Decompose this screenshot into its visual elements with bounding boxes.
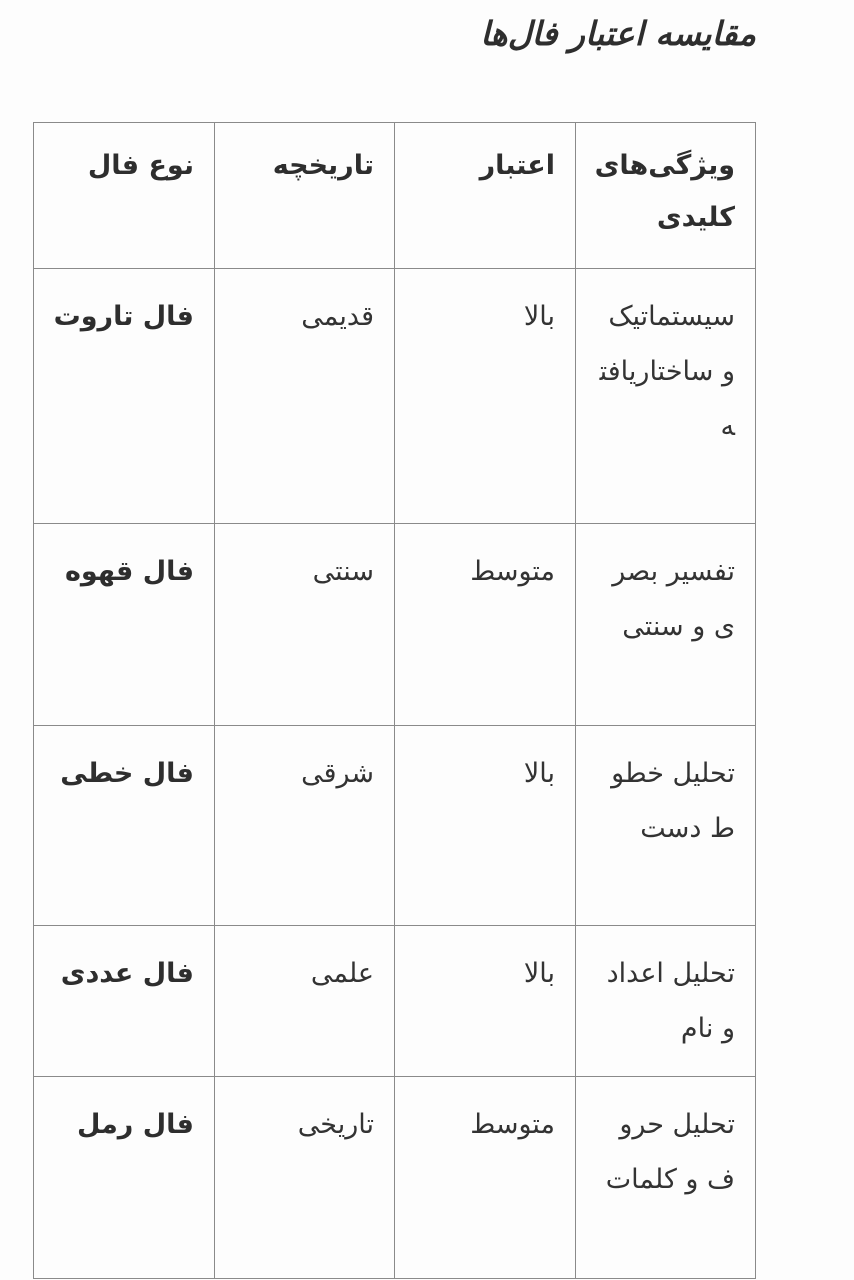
cell-features: تحلیل حروف و کلمات bbox=[576, 1077, 756, 1279]
cell-fortune-type: فال تاروت bbox=[34, 269, 215, 524]
header-fortune-type: نوع فال bbox=[34, 123, 215, 269]
cell-credibility: بالا bbox=[395, 269, 576, 524]
table-row: سیستماتیک و ساختاریافته بالا قدیمی فال ت… bbox=[34, 269, 756, 524]
cell-fortune-type: فال عددی bbox=[34, 926, 215, 1077]
features-text: تحلیل خطوط دست bbox=[594, 746, 735, 856]
cell-features: تفسیر بصری و سنتی bbox=[576, 524, 756, 726]
cell-history: علمی bbox=[215, 926, 395, 1077]
cell-features: تحلیل اعداد و نام bbox=[576, 926, 756, 1077]
table-row: تفسیر بصری و سنتی متوسط سنتی فال قهوه bbox=[34, 524, 756, 726]
cell-history: قدیمی bbox=[215, 269, 395, 524]
features-text: سیستماتیک و ساختاریافته bbox=[594, 289, 735, 454]
cell-history: شرقی bbox=[215, 726, 395, 926]
table-row: تحلیل خطوط دست بالا شرقی فال خطی bbox=[34, 726, 756, 926]
cell-fortune-type: فال خطی bbox=[34, 726, 215, 926]
features-text: تفسیر بصری و سنتی bbox=[594, 544, 735, 654]
cell-features: سیستماتیک و ساختاریافته bbox=[576, 269, 756, 524]
cell-features: تحلیل خطوط دست bbox=[576, 726, 756, 926]
cell-credibility: بالا bbox=[395, 726, 576, 926]
table-row: تحلیل اعداد و نام بالا علمی فال عددی bbox=[34, 926, 756, 1077]
cell-credibility: متوسط bbox=[395, 524, 576, 726]
table-header-row: ویژگی‌های کلیدی اعتبار تاریخچه نوع فال bbox=[34, 123, 756, 269]
features-text: تحلیل اعداد و نام bbox=[594, 946, 735, 1056]
cell-history: سنتی bbox=[215, 524, 395, 726]
page-title: مقایسه اعتبار فال‌ها bbox=[480, 14, 756, 53]
header-credibility: اعتبار bbox=[395, 123, 576, 269]
cell-history: تاریخی bbox=[215, 1077, 395, 1279]
header-key-features: ویژگی‌های کلیدی bbox=[576, 123, 756, 269]
cell-credibility: بالا bbox=[395, 926, 576, 1077]
header-history: تاریخچه bbox=[215, 123, 395, 269]
comparison-table: ویژگی‌های کلیدی اعتبار تاریخچه نوع فال س… bbox=[33, 122, 756, 1279]
cell-credibility: متوسط bbox=[395, 1077, 576, 1279]
cell-fortune-type: فال قهوه bbox=[34, 524, 215, 726]
cell-fortune-type: فال رمل bbox=[34, 1077, 215, 1279]
features-text: تحلیل حروف و کلمات bbox=[594, 1097, 735, 1207]
table-row: تحلیل حروف و کلمات متوسط تاریخی فال رمل bbox=[34, 1077, 756, 1279]
